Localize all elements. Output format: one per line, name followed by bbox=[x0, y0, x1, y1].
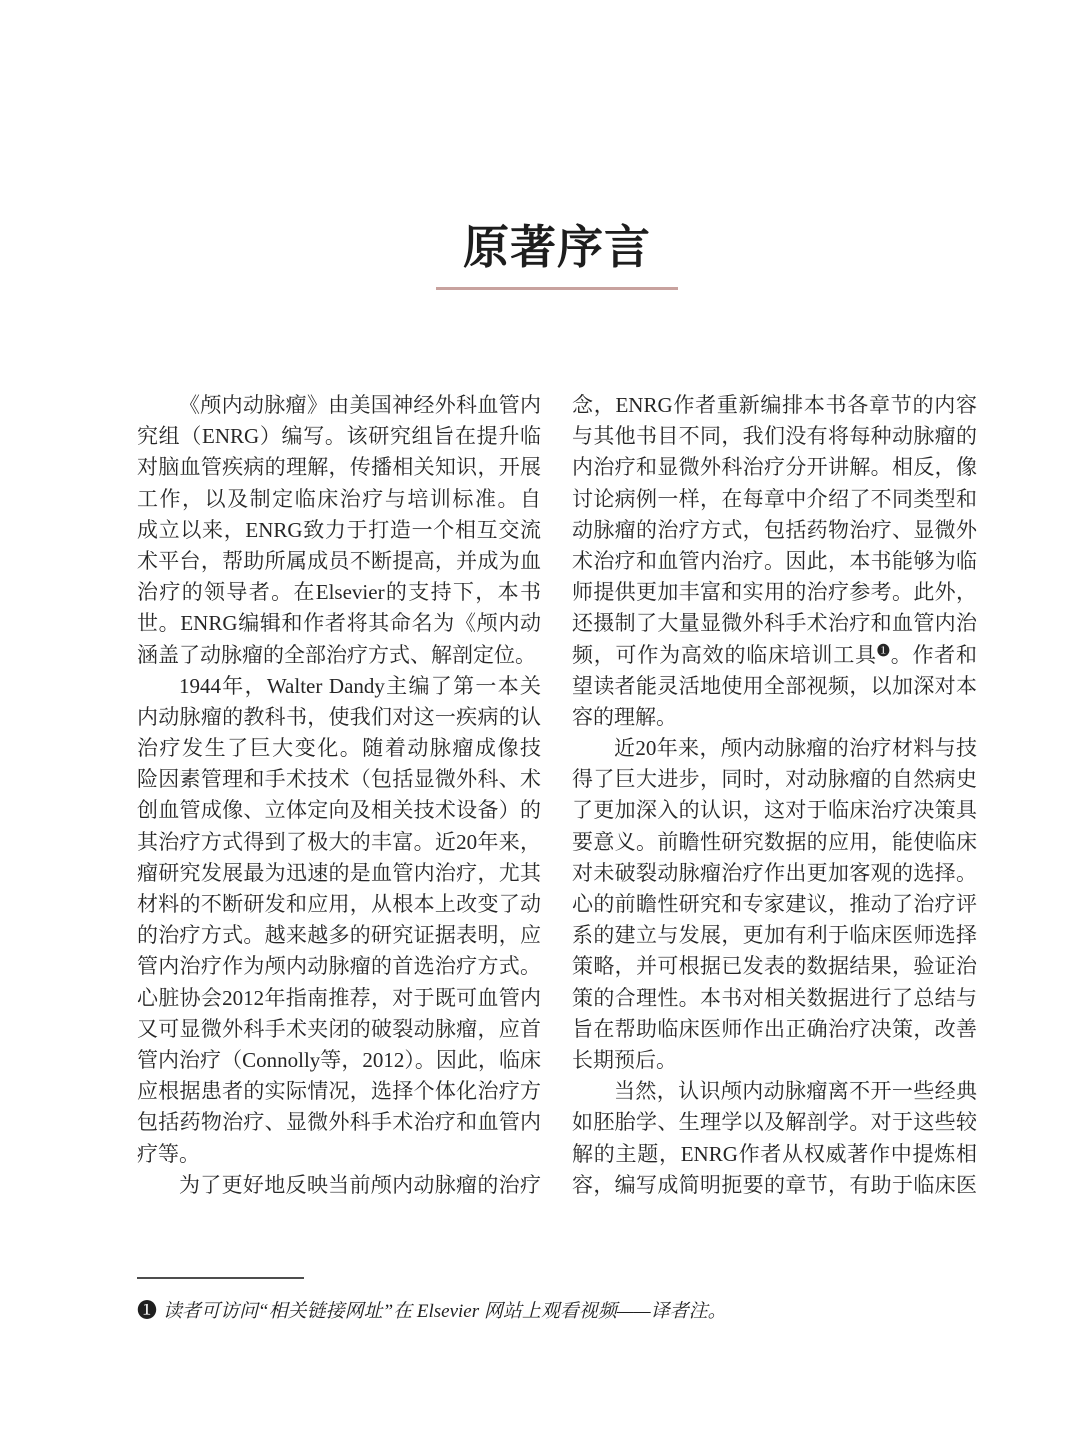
text-line: 心的前瞻性研究和专家建议，推动了治疗评分体 bbox=[572, 889, 977, 920]
text-line: 瘤研究发展最为迅速的是血管内治疗，尤其是新 bbox=[137, 858, 541, 889]
text-line: 了更加深入的认识，这对于临床治疗决策具有重 bbox=[572, 795, 977, 826]
text-line: 与其他书目不同，我们没有将每种动脉瘤的血管 bbox=[572, 421, 977, 452]
text-line: 管内治疗作为颅内动脉瘤的首选治疗方式。美国 bbox=[137, 951, 541, 982]
text-line: 解的主题，ENRG作者从权威著作中提炼相关内 bbox=[572, 1139, 977, 1170]
text-line: 《颅内动脉瘤》由美国神经外科血管内治疗研 bbox=[137, 390, 541, 421]
text-line: 管内治疗（Connolly等，2012）。因此，临床医师 bbox=[137, 1045, 541, 1076]
text-line: 又可显微外科手术夹闭的破裂动脉瘤，应首选血 bbox=[137, 1014, 541, 1045]
text-line: 世。ENRG编辑和作者将其命名为《颅内动脉瘤》， bbox=[137, 608, 541, 639]
text-line: 如胚胎学、生理学以及解剖学。对于这些较难理 bbox=[572, 1107, 977, 1138]
text-line: 对未破裂动脉瘤治疗作出更加客观的选择。多中 bbox=[572, 858, 977, 889]
text-line: 策的合理性。本书对相关数据进行了总结与分析， bbox=[572, 983, 977, 1014]
text-line: 近20年来，颅内动脉瘤的治疗材料与技术取 bbox=[572, 733, 977, 764]
text-line: 策略，并可根据已发表的数据结果，验证治疗决 bbox=[572, 951, 977, 982]
text-line: 心脏协会2012年指南推荐，对于既可血管内治疗 bbox=[137, 983, 541, 1014]
text-line: 系的建立与发展，更加有利于临床医师选择治疗 bbox=[572, 920, 977, 951]
left-text-column: 《颅内动脉瘤》由美国神经外科血管内治疗研究组（ENRG）编写。该研究组旨在提升临… bbox=[137, 390, 541, 1201]
text-line: 涵盖了动脉瘤的全部治疗方式、解剖定位。 bbox=[137, 640, 541, 671]
text-line: 还摄制了大量显微外科手术治疗和血管内治疗视 bbox=[572, 608, 977, 639]
text-line: 成立以来，ENRG致力于打造一个相互交流的学 bbox=[137, 515, 541, 546]
text-line: 对脑血管疾病的理解，传播相关知识，开展教育 bbox=[137, 452, 541, 483]
text-line: 得了巨大进步，同时，对动脉瘤的自然病史也有 bbox=[572, 764, 977, 795]
text-line: 的治疗方式。越来越多的研究证据表明，应将血 bbox=[137, 920, 541, 951]
title-underline-rule bbox=[436, 287, 678, 290]
text-line: 应根据患者的实际情况，选择个体化治疗方案， bbox=[137, 1076, 541, 1107]
text-line: 旨在帮助临床医师作出正确治疗决策，改善患者 bbox=[572, 1014, 977, 1045]
text-line: 长期预后。 bbox=[572, 1045, 977, 1076]
text-line: 容，编写成简明扼要的章节，有助于临床医师理 bbox=[572, 1170, 977, 1201]
text-line: 疗等。 bbox=[137, 1139, 541, 1170]
text-line: 讨论病例一样，在每章中介绍了不同类型和部位 bbox=[572, 484, 977, 515]
text-line: 为了更好地反映当前颅内动脉瘤的治疗与理 bbox=[137, 1170, 541, 1201]
text-line: 内动脉瘤的教科书，使我们对这一疾病的认识和 bbox=[137, 702, 541, 733]
text-line: 容的理解。 bbox=[572, 702, 977, 733]
text-line: 念，ENRG作者重新编排本书各章节的内容格式。 bbox=[572, 390, 977, 421]
text-line: 治疗发生了巨大变化。随着动脉瘤成像技术、风 bbox=[137, 733, 541, 764]
text-line: 其治疗方式得到了极大的丰富。近20年来，动脉 bbox=[137, 827, 541, 858]
text-line: 1944年，Walter Dandy主编了第一本关于颅 bbox=[137, 671, 541, 702]
text-line: 术治疗和血管内治疗。因此，本书能够为临床医 bbox=[572, 546, 977, 577]
text-line: 工作，以及制定临床治疗与培训标准。自2004年 bbox=[137, 484, 541, 515]
text-line: 师提供更加丰富和实用的治疗参考。此外，我们 bbox=[572, 577, 977, 608]
text-line: 险因素管理和手术技术（包括显微外科、术中无 bbox=[137, 764, 541, 795]
text-line: 频，可作为高效的临床培训工具❶。作者和编辑希 bbox=[572, 640, 977, 671]
footnote-ref-marker: ❶ bbox=[877, 642, 891, 657]
footnote-text: 读者可访问“相关链接网址”在 Elsevier 网站上观看视频——译者注。 bbox=[163, 1301, 727, 1322]
text-line: 治疗的领导者。在Elsevier的支持下，本书得以面 bbox=[137, 577, 541, 608]
page-title: 原著序言 bbox=[137, 220, 977, 275]
text-line: 要意义。前瞻性研究数据的应用，能使临床医师 bbox=[572, 827, 977, 858]
footnote-separator-rule bbox=[137, 1277, 304, 1279]
text-line: 术平台，帮助所属成员不断提高，并成为血管内 bbox=[137, 546, 541, 577]
right-text-column: 念，ENRG作者重新编排本书各章节的内容格式。与其他书目不同，我们没有将每种动脉… bbox=[572, 390, 977, 1201]
text-line: 材料的不断研发和应用，从根本上改变了动脉瘤 bbox=[137, 889, 541, 920]
text-line: 创血管成像、立体定向及相关技术设备）的进步， bbox=[137, 795, 541, 826]
text-line: 究组（ENRG）编写。该研究组旨在提升临床医师 bbox=[137, 421, 541, 452]
text-line: 包括药物治疗、显微外科手术治疗和血管内治 bbox=[137, 1107, 541, 1138]
footnote: ❶读者可访问“相关链接网址”在 Elsevier 网站上观看视频——译者注。 bbox=[137, 1296, 977, 1327]
text-line: 当然，认识颅内动脉瘤离不开一些经典主题， bbox=[572, 1076, 977, 1107]
text-line: 动脉瘤的治疗方式，包括药物治疗、显微外科手 bbox=[572, 515, 977, 546]
text-line: 内治疗和显微外科治疗分开讲解。相反，像临床 bbox=[572, 452, 977, 483]
footnote-number-icon: ❶ bbox=[137, 1300, 157, 1322]
text-line: 望读者能灵活地使用全部视频，以加深对本书内 bbox=[572, 671, 977, 702]
